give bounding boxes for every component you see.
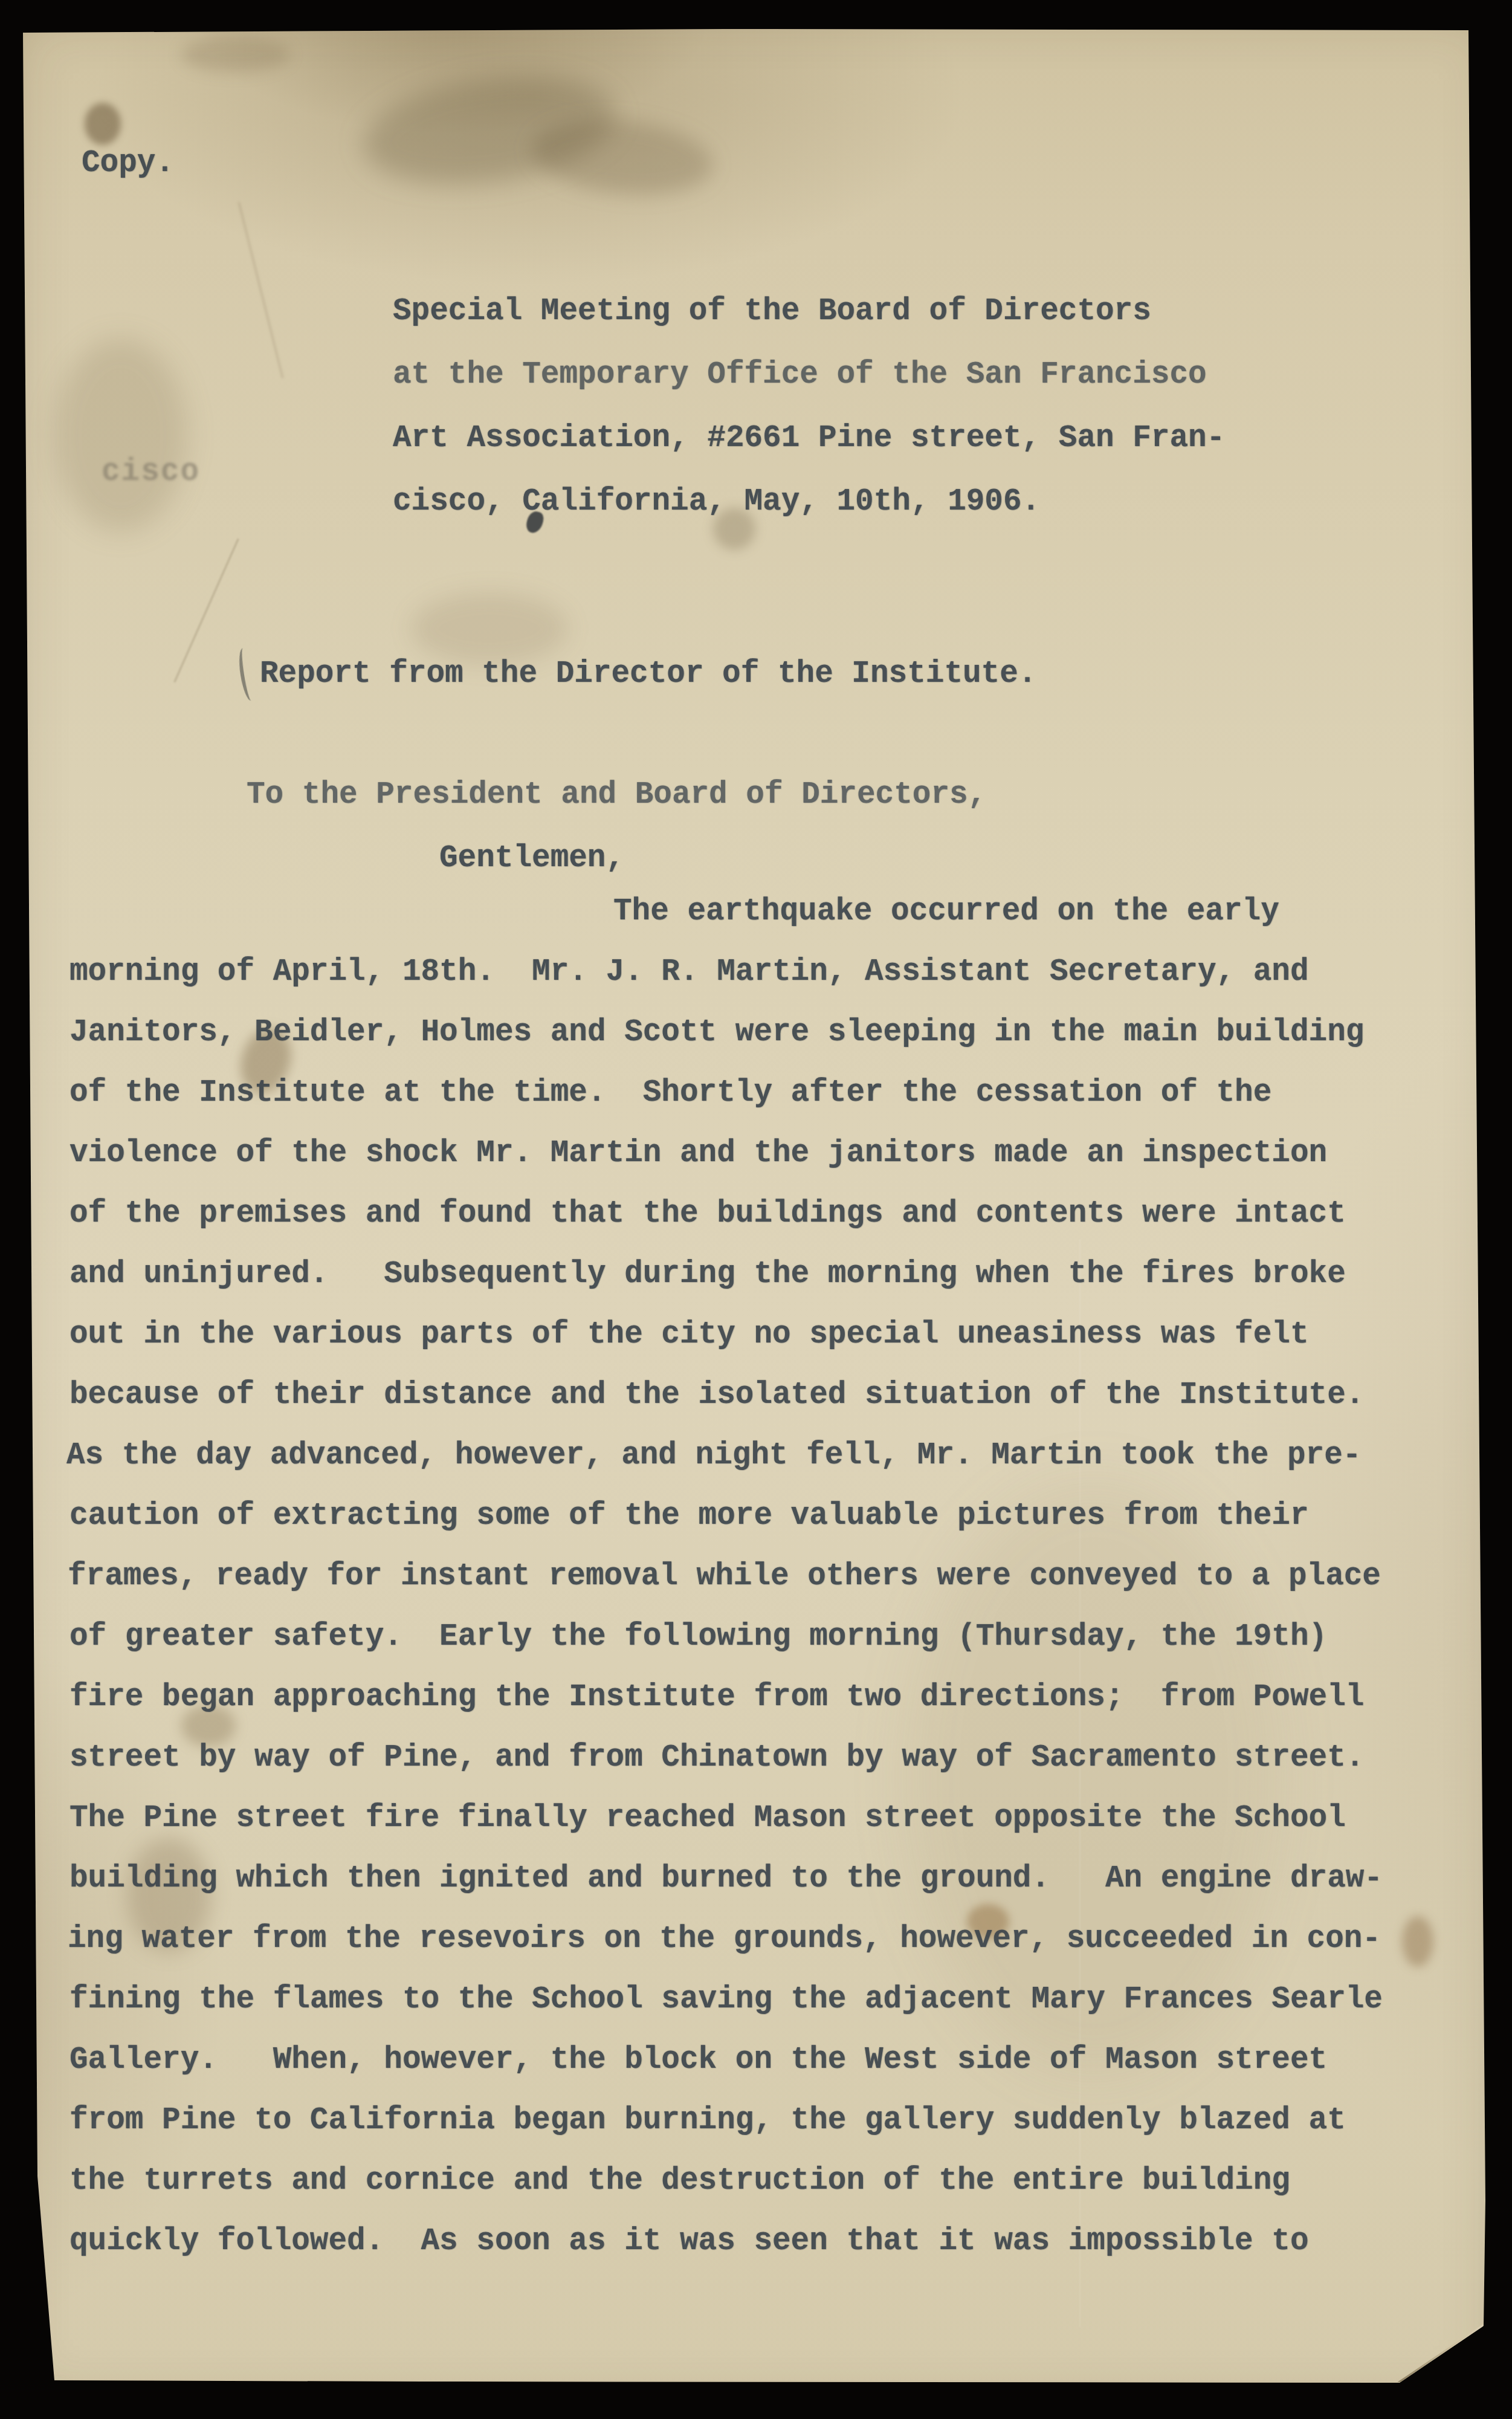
body-line: of the premises and found that the build… — [69, 1199, 1346, 1229]
body-line: morning of April, 18th. Mr. J. R. Martin… — [69, 957, 1309, 988]
heading-line: at the Temporary Office of the San Franc… — [393, 360, 1207, 390]
pen-stroke — [236, 647, 256, 702]
scratch-mark — [238, 202, 283, 378]
body-line: caution of extracting some of the more v… — [69, 1501, 1309, 1532]
body-line: violence of the shock Mr. Martin and the… — [69, 1138, 1327, 1169]
folded-corner — [1395, 2317, 1487, 2384]
body-line: quickly followed. As soon as it was seen… — [69, 2226, 1309, 2257]
body-line: because of their distance and the isolat… — [69, 1380, 1364, 1411]
copy-label: Copy. — [82, 148, 174, 179]
stain — [85, 103, 121, 145]
stain — [1402, 1916, 1433, 1967]
heading-line: cisco, California, May, 10th, 1906. — [393, 487, 1040, 517]
body-line: The Pine street fire finally reached Mas… — [69, 1803, 1346, 1834]
salutation-line: Gentlemen, — [439, 843, 624, 874]
body-line: Gallery. When, however, the block on the… — [69, 2045, 1327, 2076]
stain — [529, 112, 717, 203]
stain — [411, 592, 568, 665]
body-line: fining the flames to the School saving t… — [69, 1984, 1383, 2015]
body-line: of the Institute at the time. Shortly af… — [69, 1078, 1271, 1109]
report-title: Report from the Director of the Institut… — [260, 659, 1036, 690]
body-line: and uninjured. Subsequently during the m… — [69, 1259, 1346, 1290]
stain — [357, 62, 622, 199]
body-line: street by way of Pine, and from Chinatow… — [69, 1743, 1364, 1773]
body-line: frames, ready for instant removal while … — [68, 1561, 1381, 1592]
body-line: from Pine to California began burning, t… — [69, 2105, 1346, 2136]
heading-line: Art Association, #2661 Pine street, San … — [393, 423, 1225, 454]
body-line: ing water from the resevoirs on the grou… — [68, 1924, 1381, 1955]
body-line: Janitors, Beidler, Holmes and Scott were… — [69, 1017, 1364, 1048]
body-line: out in the various parts of the city no … — [69, 1320, 1309, 1350]
stain — [181, 36, 290, 73]
typewritten-page: cisco Copy. Special Meeting of the Board… — [0, 0, 1512, 2419]
body-line: fire began approaching the Institute fro… — [69, 1682, 1364, 1713]
ghost-offset-text: cisco — [102, 457, 200, 488]
salutation-line: To the President and Board of Directors, — [247, 780, 986, 811]
body-line: The earthquake occurred on the early — [613, 896, 1279, 927]
body-line: building which then ignited and burned t… — [69, 1864, 1383, 1894]
body-line: As the day advanced, however, and night … — [66, 1440, 1361, 1471]
body-line: the turrets and cornice and the destruct… — [69, 2166, 1290, 2197]
heading-line: Special Meeting of the Board of Director… — [393, 296, 1151, 327]
stain — [54, 338, 187, 532]
body-line: of greater safety. Early the following m… — [69, 1622, 1327, 1653]
scratch-mark — [173, 539, 239, 683]
photographed-document: cisco Copy. Special Meeting of the Board… — [0, 0, 1512, 2419]
